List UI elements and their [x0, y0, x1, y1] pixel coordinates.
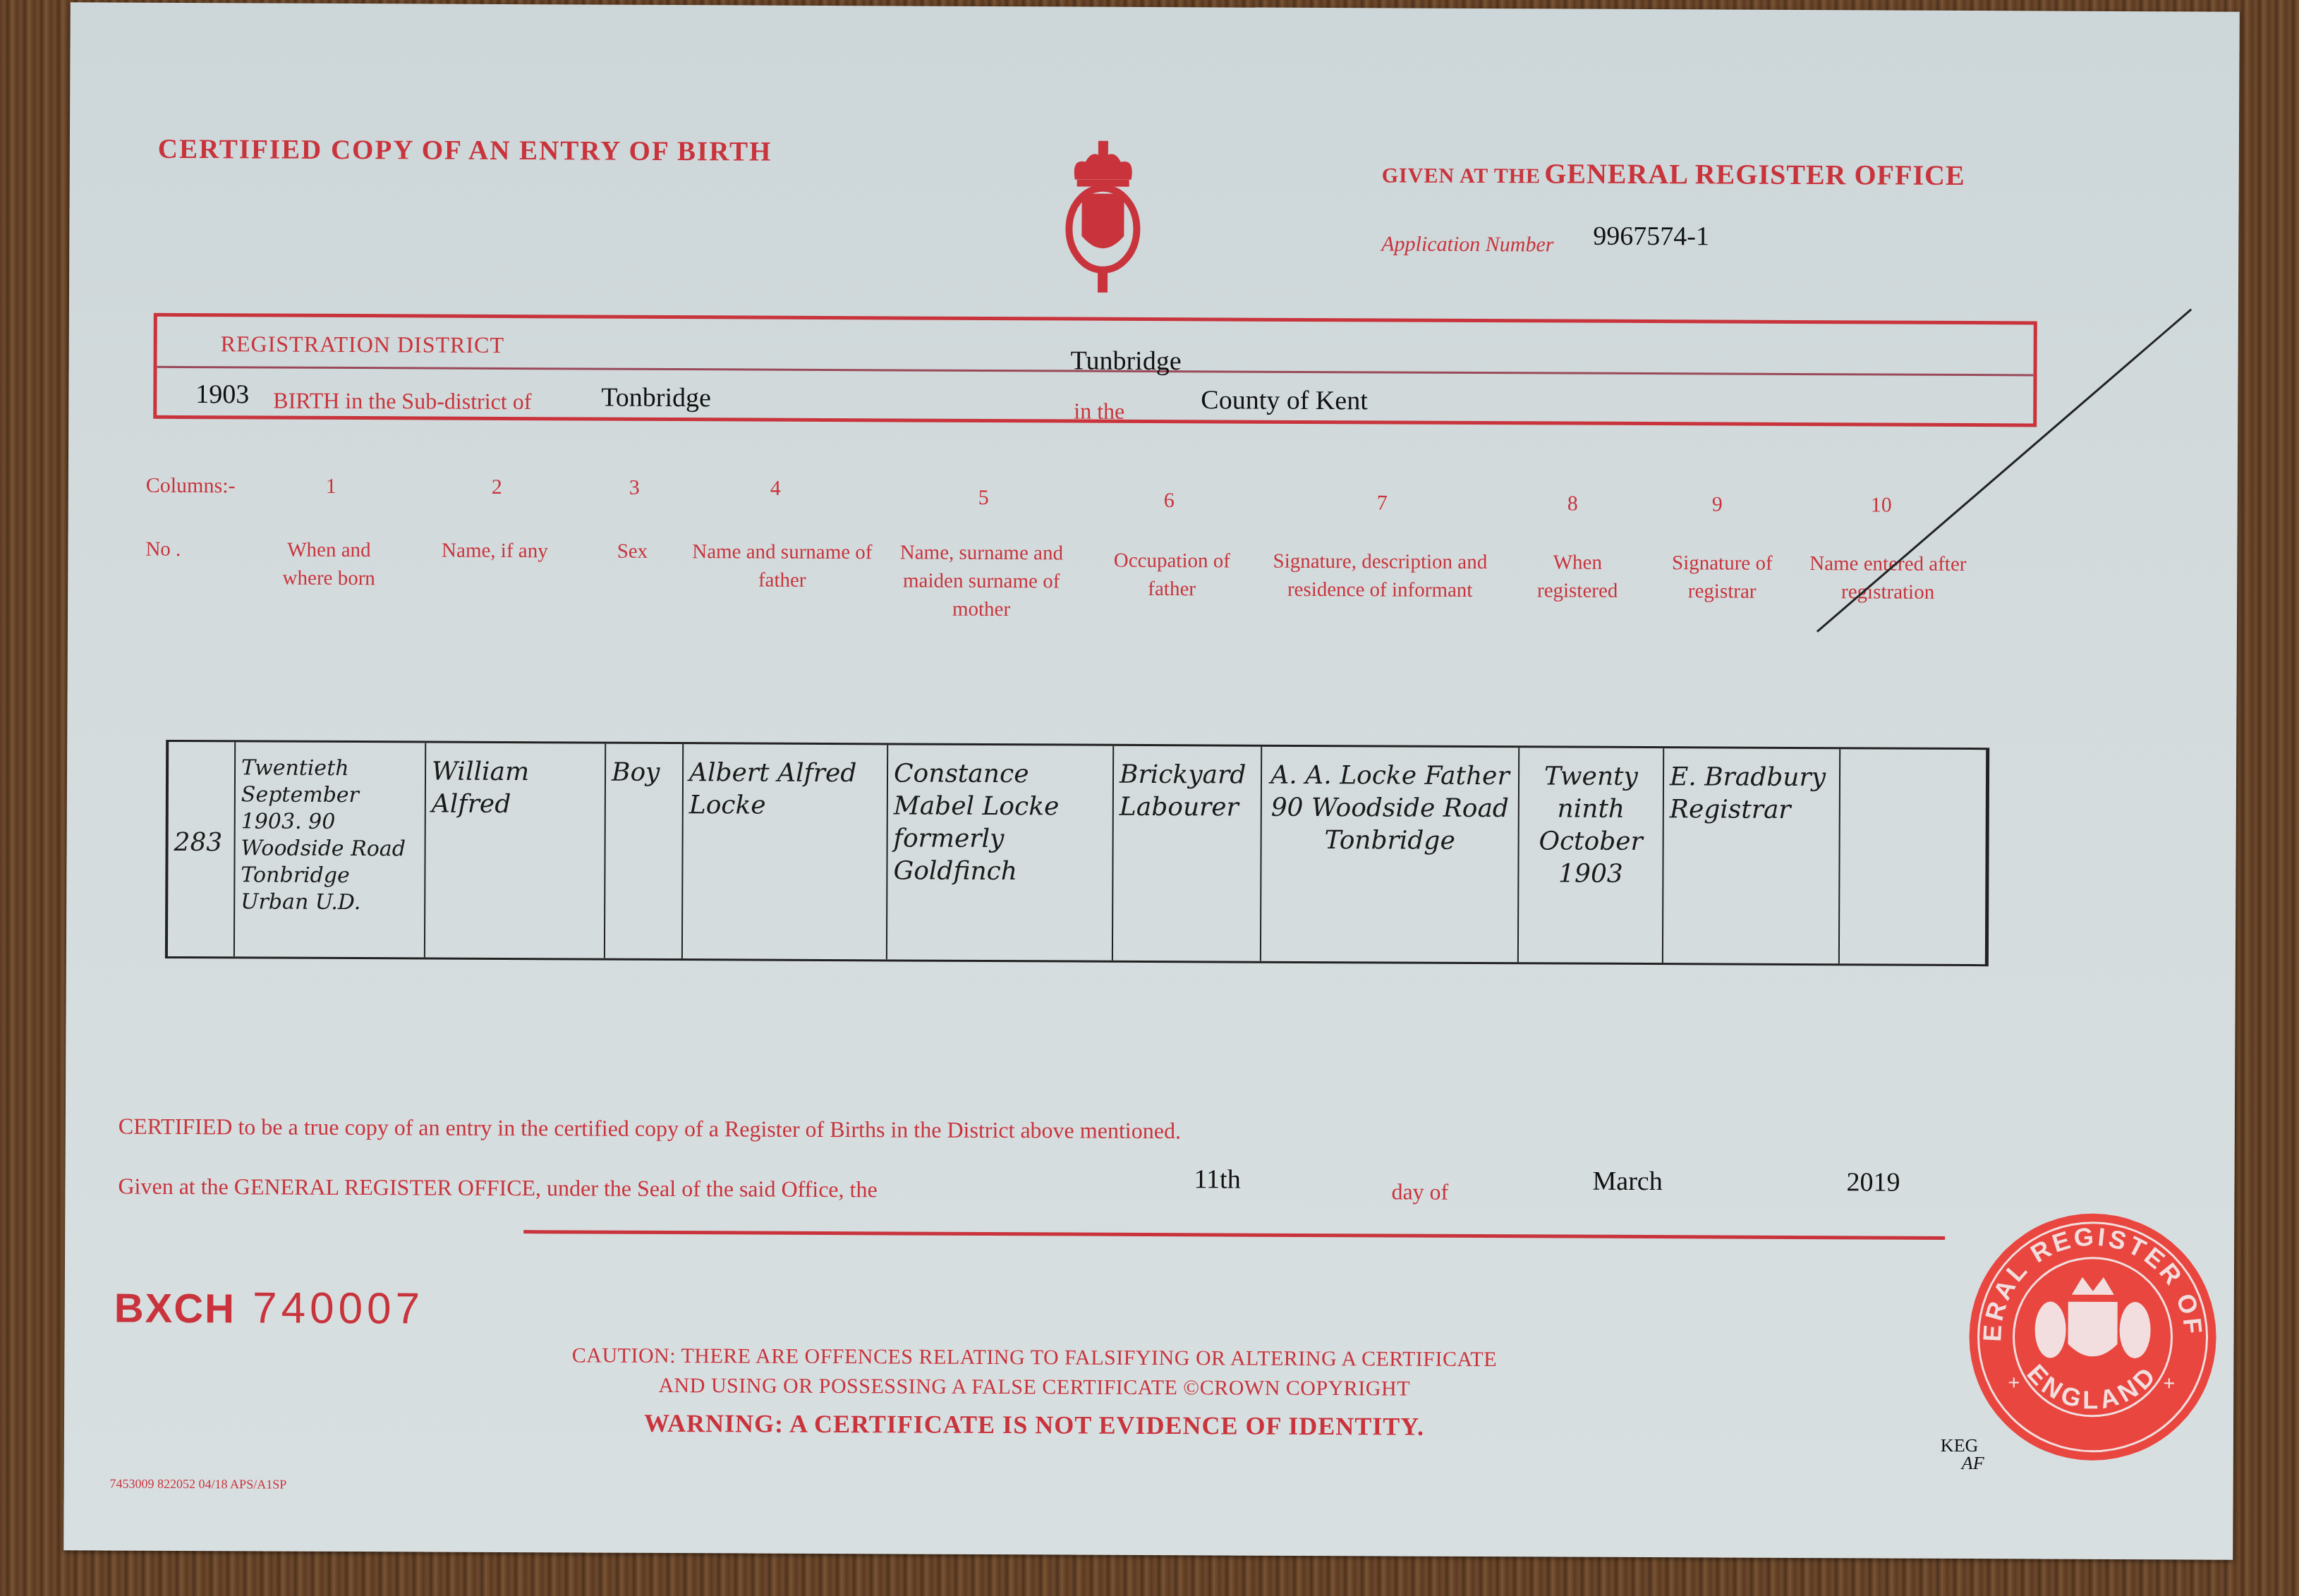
entry-name: William Alfred	[425, 743, 606, 958]
application-number-label: Application Number	[1381, 232, 1553, 257]
sub-district-label: BIRTH in the Sub-district of	[273, 388, 531, 415]
entry-name-after-registration	[1840, 749, 1989, 964]
print-code: 7453009 822052 04/18 APS/A1SP	[110, 1477, 287, 1492]
general-register-office-seal-icon: GENERAL REGISTER OFFICE ENGLAND + +	[1965, 1210, 2221, 1465]
serial-prefix: BXCH	[114, 1286, 236, 1332]
certificate-title: CERTIFIED COPY OF AN ENTRY OF BIRTH	[158, 133, 772, 168]
office-heading: GIVEN AT THE GENERAL REGISTER OFFICE	[1382, 156, 1965, 192]
entry-when-registered: Twenty ninth October 1903	[1519, 748, 1664, 963]
certification-statement: CERTIFIED to be a true copy of an entry …	[119, 1114, 1181, 1145]
birth-entry-row: 283 Twentieth September 1903. 90 Woodsid…	[165, 740, 1989, 966]
column-number-5: 5	[978, 486, 989, 510]
office-name: GENERAL REGISTER OFFICE	[1544, 157, 1965, 191]
column-heading-6: Occupation of father	[1112, 547, 1232, 604]
column-heading-4: Name and surname of father	[689, 537, 875, 595]
entry-occupation: Brickyard Labourer	[1113, 746, 1262, 961]
column-number-3: 3	[629, 476, 640, 500]
registration-district-label: REGISTRATION DISTRICT	[221, 331, 504, 358]
given-at-prefix: GIVEN AT THE	[1382, 164, 1541, 188]
issuer-initials: AF	[1962, 1453, 1984, 1474]
entry-sex: Boy	[605, 744, 684, 958]
column-no-label: No .	[145, 535, 181, 564]
issue-day: 11th	[1194, 1164, 1240, 1195]
entry-informant: A. A. Locke Father 90 Woodside Road Tonb…	[1261, 747, 1519, 963]
column-heading-2: Name, if any	[420, 536, 569, 565]
column-heading-10: Name entered after registration	[1800, 549, 1976, 607]
entry-number: 283	[168, 742, 236, 956]
entry-father: Albert Alfred Locke	[683, 744, 888, 959]
column-heading-9: Signature of registrar	[1655, 549, 1789, 606]
caution-line-1: CAUTION: THERE ARE OFFENCES RELATING TO …	[516, 1341, 1553, 1375]
given-at-statement: Given at the GENERAL REGISTER OFFICE, un…	[118, 1174, 877, 1203]
day-of-label: day of	[1391, 1178, 1448, 1205]
column-number-6: 6	[1164, 489, 1175, 513]
caution-notice: CAUTION: THERE ARE OFFENCES RELATING TO …	[516, 1341, 1553, 1404]
column-heading-3: Sex	[597, 537, 667, 566]
column-number-8: 8	[1567, 492, 1578, 516]
entry-registrar: E. Bradbury Registrar	[1663, 748, 1840, 963]
county-value: County of Kent	[1201, 384, 1368, 416]
column-heading-7: Signature, description and residence of …	[1260, 547, 1500, 604]
issue-month: March	[1592, 1166, 1662, 1197]
issue-year: 2019	[1846, 1166, 1900, 1198]
column-heading-1: When and where born	[272, 536, 385, 593]
svg-text:+: +	[2008, 1371, 2020, 1394]
in-the-label: in the	[1074, 398, 1124, 425]
entry-mother: Constance Mabel Locke formerly Goldfinch	[887, 745, 1114, 960]
registration-district-box: REGISTRATION DISTRICT Tunbridge 1903 BIR…	[153, 313, 2037, 427]
column-number-10: 10	[1871, 493, 1892, 517]
column-number-7: 7	[1377, 491, 1388, 515]
serial-number: 740007	[253, 1284, 424, 1333]
columns-prefix: Columns:-	[146, 474, 236, 499]
signature-rule	[523, 1230, 1945, 1240]
identity-warning: WARNING: A CERTIFICATE IS NOT EVIDENCE O…	[516, 1408, 1553, 1442]
column-number-4: 4	[770, 477, 781, 501]
caution-line-2: AND USING OR POSSESSING A FALSE CERTIFIC…	[516, 1370, 1553, 1404]
column-heading-5: Name, surname and maiden surname of moth…	[886, 538, 1077, 623]
entry-when-where-born: Twentieth September 1903. 90 Woodside Ro…	[235, 742, 426, 957]
certificate-serial: BXCH740007	[114, 1283, 425, 1334]
sub-district-value: Tonbridge	[601, 382, 711, 414]
application-number-value: 9967574-1	[1593, 221, 1709, 252]
registration-district-value: Tunbridge	[1071, 345, 1182, 377]
column-heading-8: When registered	[1521, 548, 1634, 605]
column-number-1: 1	[326, 475, 336, 499]
column-number-9: 9	[1712, 492, 1723, 516]
registration-year: 1903	[195, 379, 249, 410]
royal-crest-icon	[1064, 137, 1142, 296]
svg-text:+: +	[2163, 1372, 2175, 1395]
column-number-2: 2	[492, 475, 502, 499]
certificate-paper: CERTIFIED COPY OF AN ENTRY OF BIRTH GIVE…	[63, 2, 2240, 1559]
